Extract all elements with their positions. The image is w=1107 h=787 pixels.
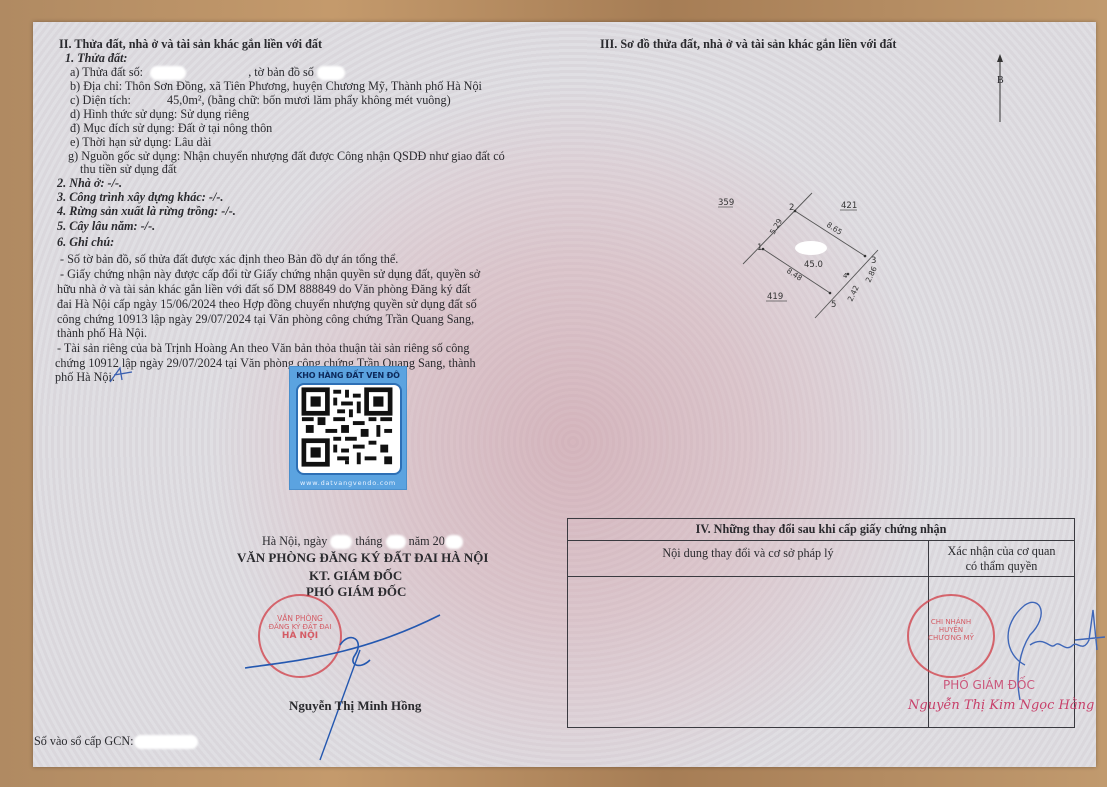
usage-form-row: d) Hình thức sử dụng: Sử dụng riêng	[70, 107, 249, 121]
svg-text:2.86: 2.86	[864, 265, 879, 284]
north-label: B	[997, 75, 1004, 86]
svg-text:4: 4	[843, 272, 848, 280]
usage-purpose-row: đ) Mục đích sử dụng: Đất ở tại nông thôn	[70, 121, 272, 135]
area-row: c) Diện tích: 45,0m², (bằng chữ: bốn mươ…	[70, 93, 451, 107]
registry-label: Số vào sổ cấp GCN:	[34, 734, 134, 748]
svg-text:1: 1	[757, 243, 762, 253]
svg-text:2: 2	[789, 203, 794, 213]
date-prefix: Hà Nội, ngày	[262, 534, 327, 548]
date-month-label: tháng	[355, 534, 382, 548]
kt-director: KT. GIÁM ĐỐC	[309, 568, 402, 584]
note-line: đai Hà Nội cấp ngày 15/06/2024 theo Hợp …	[57, 297, 477, 311]
note-line: thành phố Hà Nội.	[57, 326, 147, 340]
redacted-registry-number	[134, 735, 198, 749]
svg-text:45.0: 45.0	[804, 260, 823, 270]
origin-row: g) Nguồn gốc sử dụng: Nhận chuyển nhượng…	[68, 149, 505, 163]
note-line: - Số tờ bản đồ, số thửa đất được xác địn…	[60, 252, 398, 266]
subsection-land-plot: 1. Thửa đất:	[65, 51, 128, 65]
issuing-office: VĂN PHÒNG ĐĂNG KÝ ĐẤT ĐAI HÀ NỘI	[237, 550, 488, 566]
usage-term-row: e) Thời hạn sử dụng: Lâu dài	[70, 135, 211, 149]
signer-name: Nguyễn Thị Minh Hồng	[289, 698, 421, 714]
section-ii-title: II. Thửa đất, nhà ở và tài sản khác gắn …	[59, 37, 322, 51]
col2-line: có thẩm quyền	[930, 559, 1073, 574]
column-header-change-content: Nội dung thay đổi và cơ sở pháp lý	[568, 541, 929, 577]
branch-signer-title: PHÓ GIÁM ĐỐC	[943, 678, 1035, 692]
svg-text:5: 5	[831, 300, 836, 310]
branch-signer-name: Nguyễn Thị Kim Ngọc Hằng	[908, 698, 1094, 713]
item-other-construction: 3. Công trình xây dựng khác: -/-.	[57, 190, 223, 204]
signature-icon	[240, 610, 450, 770]
redacted-plot-label	[795, 241, 827, 255]
svg-text:2.42: 2.42	[846, 284, 861, 303]
address-row: b) Địa chỉ: Thôn Sơn Đồng, xã Tiên Phươn…	[70, 79, 482, 93]
qr-code-icon	[298, 385, 396, 469]
redacted-month	[386, 535, 406, 549]
area-label: c) Diện tích:	[70, 93, 131, 107]
plot-diagram: 359 421 419 45.0 1 2 3 4 5 5.29 8.65 2.8…	[700, 190, 880, 320]
svg-text:5.29: 5.29	[768, 217, 784, 236]
registry-number: Số vào sổ cấp GCN:	[34, 734, 198, 749]
note-line: - Giấy chứng nhận này được cấp đổi từ Gi…	[60, 267, 480, 281]
note-line: hữu nhà ở và tài sản khác gắn liền với đ…	[57, 282, 471, 296]
redacted-day	[330, 535, 352, 549]
svg-text:8.65: 8.65	[825, 220, 844, 237]
svg-text:3: 3	[871, 256, 876, 266]
plot-number-row: a) Thửa đất số: , tờ bản đồ số	[70, 65, 345, 80]
col2-line: Xác nhận của cơ quan	[930, 544, 1073, 559]
item-planted-forest: 4. Rừng sản xuất là rừng trồng: -/-.	[57, 204, 236, 218]
redacted-year	[445, 535, 463, 549]
qr-code[interactable]	[296, 383, 402, 475]
note-line: - Tài sản riêng của bà Trịnh Hoàng An th…	[57, 341, 470, 355]
qr-badge-url[interactable]: www.datvangvendo.com	[290, 479, 406, 487]
map-sheet-label: , tờ bản đồ số	[248, 65, 314, 79]
deputy-director-title: PHÓ GIÁM ĐỐC	[306, 584, 406, 600]
area-value: 45,0m², (bằng chữ: bốn mươi lăm phẩy khô…	[167, 93, 451, 107]
item-perennial-trees: 5. Cây lâu năm: -/-.	[57, 219, 155, 233]
svg-text:421: 421	[841, 201, 857, 211]
issue-date: Hà Nội, ngày tháng năm 20	[262, 534, 463, 549]
north-arrow-icon	[990, 52, 1010, 124]
note-line: phố Hà Nội.	[55, 370, 115, 384]
item-house: 2. Nhà ở: -/-.	[57, 176, 122, 190]
qr-badge[interactable]: KHO HÀNG ĐẤT VEN ĐÔ www.dat	[289, 366, 407, 490]
qr-badge-title: KHO HÀNG ĐẤT VEN ĐÔ	[290, 371, 406, 380]
initial-mark-icon	[108, 364, 138, 386]
section-iii-title: III. Sơ đồ thửa đất, nhà ở và tài sản kh…	[600, 37, 896, 51]
column-header-authority-confirmation: Xác nhận của cơ quan có thẩm quyền	[929, 541, 1075, 577]
date-year-label: năm 20	[409, 534, 445, 548]
svg-text:419: 419	[767, 292, 783, 302]
note-line: công chứng 10913 lập ngày 29/07/2024 tại…	[57, 312, 474, 326]
changes-table-title: IV. Những thay đổi sau khi cấp giấy chứn…	[568, 519, 1075, 541]
item-notes-title: 6. Ghi chú:	[57, 235, 114, 249]
svg-text:8.48: 8.48	[785, 266, 804, 283]
change-content-cell	[568, 577, 929, 728]
plot-number-label: a) Thửa đất số:	[70, 65, 143, 79]
origin-row-cont: thu tiền sử dụng đất	[80, 162, 177, 176]
svg-text:359: 359	[718, 198, 734, 208]
